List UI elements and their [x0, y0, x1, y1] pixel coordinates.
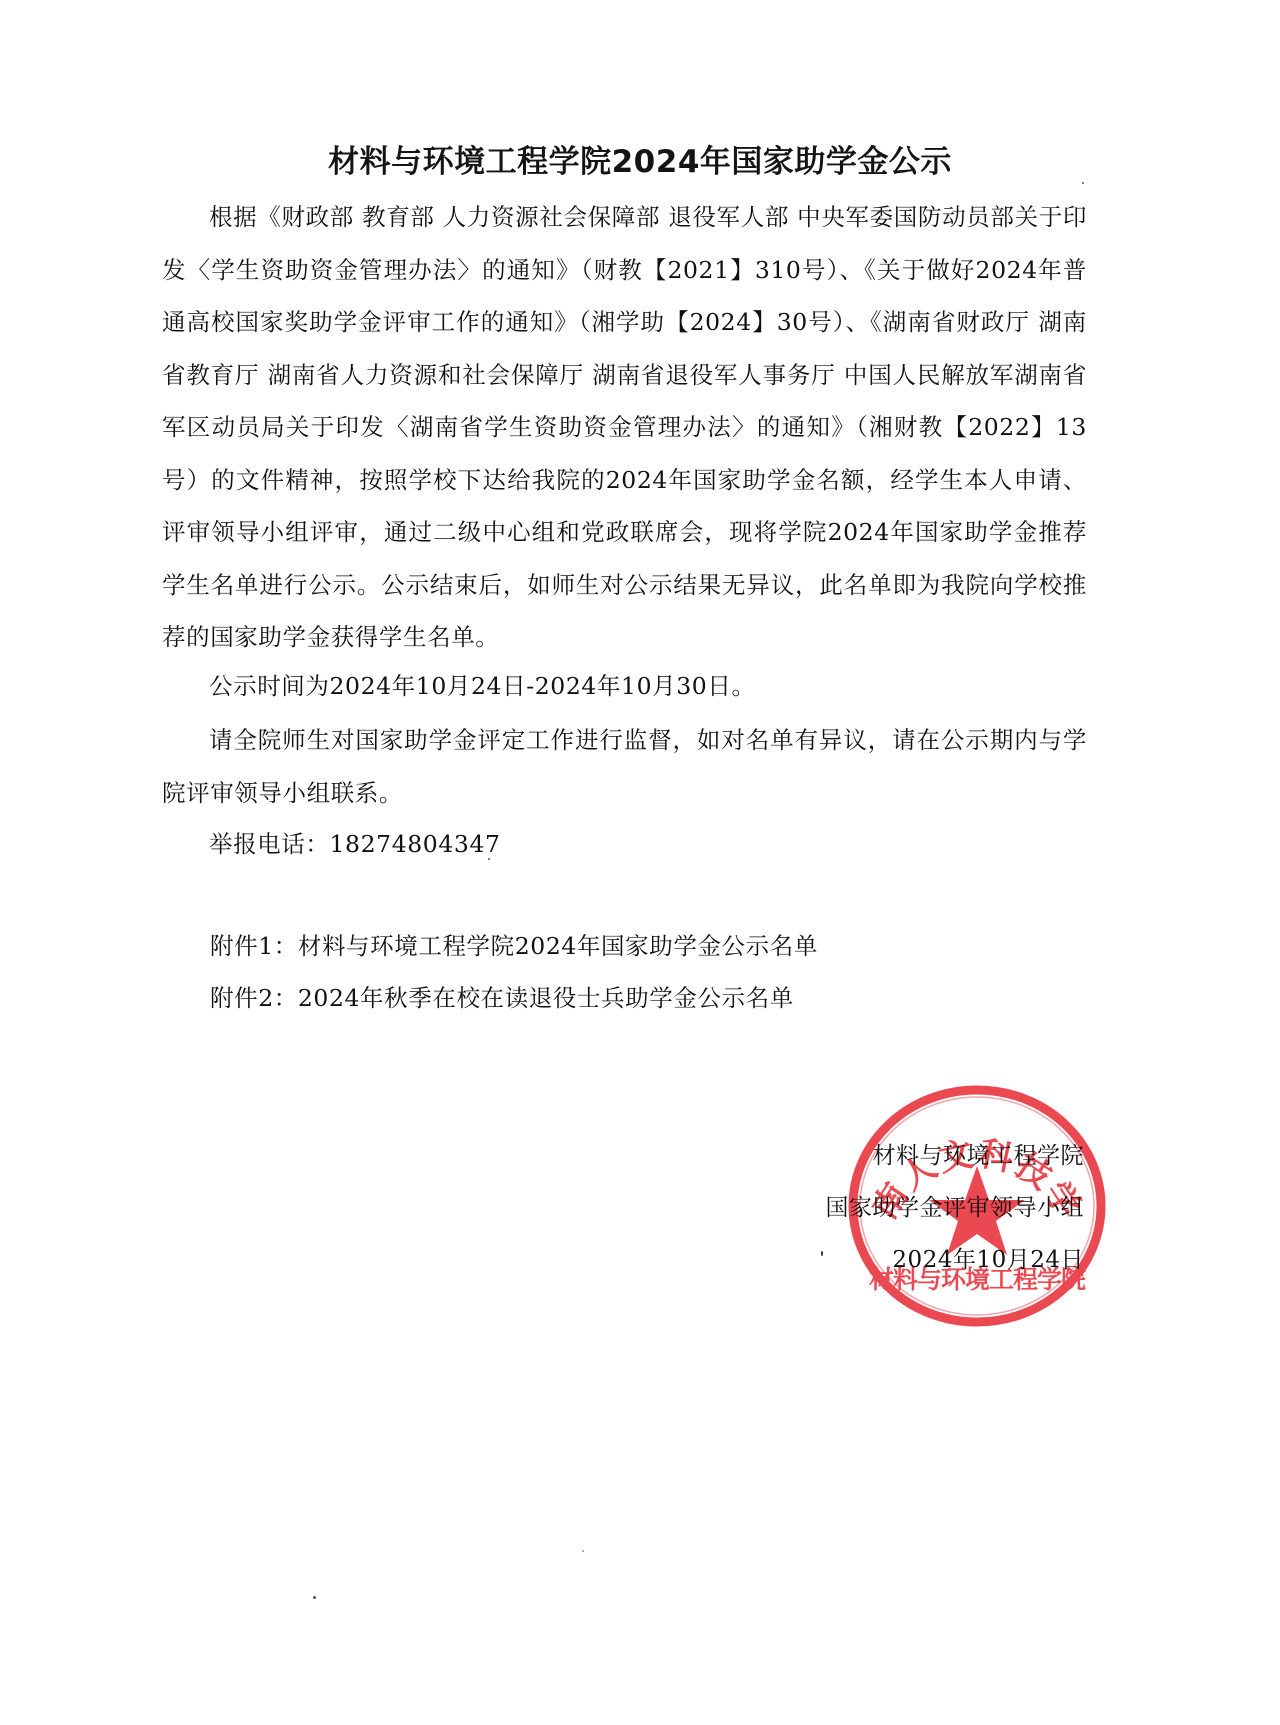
report-phone: 举报电话：18274804347 [162, 818, 1087, 871]
attachment-1: 附件1：材料与环境工程学院2024年国家助学金公示名单 [210, 920, 1110, 972]
main-paragraph: 根据《财政部 教育部 人力资源社会保障部 退役军人部 中央军委国防动员部关于印发… [162, 191, 1087, 664]
official-seal-stamp: 湖南人文科技学院 材料与环境工程学院 [838, 1078, 1116, 1328]
attachment-2: 附件2：2024年秋季在校在读退役士兵助学金公示名单 [210, 972, 1110, 1024]
document-title: 材料与环境工程学院2024年国家助学金公示 [0, 136, 1280, 181]
scan-speck [313, 1596, 316, 1599]
scan-speck [488, 858, 490, 860]
report-phone-line: 举报电话：18274804347 [162, 818, 1087, 871]
publicity-period-text: 公示时间为2024年10月24日-2024年10月30日。 [162, 660, 1087, 713]
scan-speck [1082, 182, 1084, 184]
report-phone-number: 18274804347 [330, 830, 501, 858]
supervision-paragraph-text: 请全院师生对国家助学金评定工作进行监督，如对名单有异议，请在公示期内与学院评审领… [162, 714, 1087, 819]
document-page: 材料与环境工程学院2024年国家助学金公示 根据《财政部 教育部 人力资源社会保… [0, 0, 1280, 1725]
scan-speck [821, 1251, 823, 1256]
publicity-period: 公示时间为2024年10月24日-2024年10月30日。 [162, 660, 1087, 713]
report-phone-label: 举报电话： [209, 830, 330, 858]
stamp-bottom-text: 材料与环境工程学院 [869, 1265, 1086, 1294]
scan-speck [582, 1550, 584, 1552]
supervision-paragraph: 请全院师生对国家助学金评定工作进行监督，如对名单有异议，请在公示期内与学院评审领… [162, 714, 1087, 819]
attachments-list: 附件1：材料与环境工程学院2024年国家助学金公示名单 附件2：2024年秋季在… [210, 920, 1110, 1024]
main-paragraph-text: 根据《财政部 教育部 人力资源社会保障部 退役军人部 中央军委国防动员部关于印发… [162, 191, 1087, 664]
